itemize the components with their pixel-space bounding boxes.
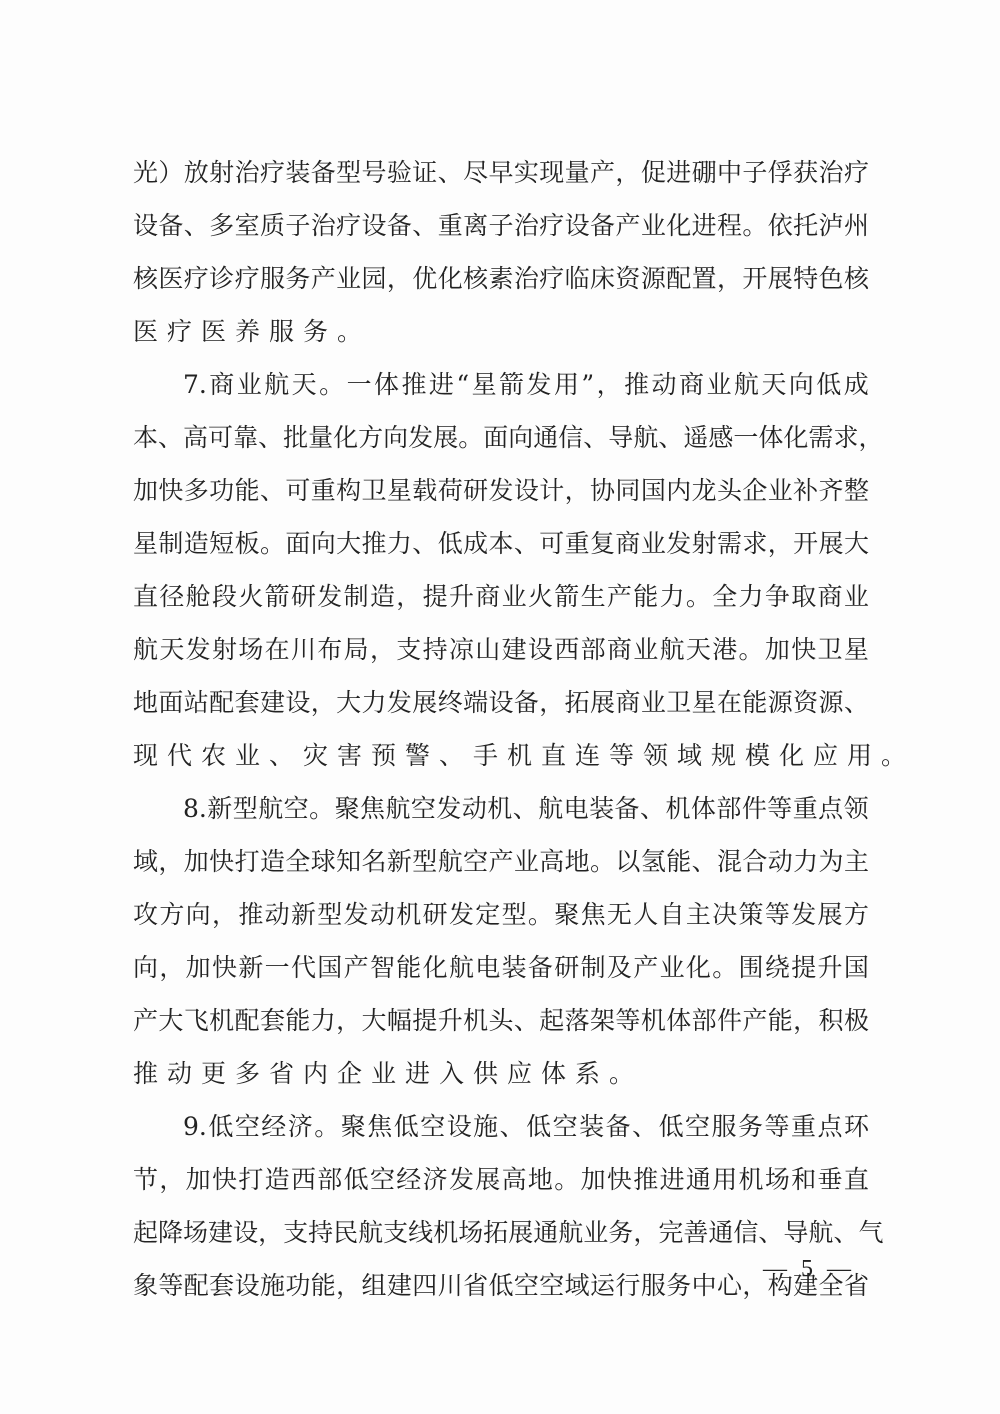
text-line: 地面站配套建设，大力发展终端设备，拓展商业卫星在能源资源、 (133, 676, 869, 729)
text-line: 直径舱段火箭研发制造，提升商业火箭生产能力。全力争取商业 (133, 570, 869, 623)
text-line: 设备、多室质子治疗设备、重离子治疗设备产业化进程。依托泸州 (133, 199, 869, 252)
text-line: 域，加快打造全球知名新型航空产业高地。以氢能、混合动力为主 (133, 835, 869, 888)
text-line: 推动更多省内企业进入供应体系。 (133, 1047, 869, 1100)
text-line: 核医疗诊疗服务产业园，优化核素治疗临床资源配置，开展特色核 (133, 252, 869, 305)
text-line: 星制造短板。面向大推力、低成本、可重复商业发射需求，开展大 (133, 517, 869, 570)
body-text: 光）放射治疗装备型号验证、尽早实现量产，促进硼中子俘获治疗设备、多室质子治疗设备… (133, 146, 869, 1312)
text-line: 本、高可靠、批量化方向发展。面向通信、导航、遥感一体化需求， (133, 411, 869, 464)
text-line: 攻方向，推动新型发动机研发定型。聚焦无人自主决策等发展方 (133, 888, 869, 941)
text-line: 向，加快新一代国产智能化航电装备研制及产业化。围绕提升国 (133, 941, 869, 994)
paragraph-first-line: 8.新型航空。聚焦航空发动机、航电装备、机体部件等重点领 (133, 782, 869, 835)
paragraph-first-line: 9.低空经济。聚焦低空设施、低空装备、低空服务等重点环 (133, 1100, 869, 1153)
text-line: 产大飞机配套能力，大幅提升机头、起落架等机体部件产能，积极 (133, 994, 869, 1047)
page-number: — 5 — (763, 1256, 855, 1283)
text-line: 医疗医养服务。 (133, 305, 869, 358)
document-page: 光）放射治疗装备型号验证、尽早实现量产，促进硼中子俘获治疗设备、多室质子治疗设备… (0, 0, 1000, 1414)
text-line: 光）放射治疗装备型号验证、尽早实现量产，促进硼中子俘获治疗 (133, 146, 869, 199)
text-line: 起降场建设，支持民航支线机场拓展通航业务，完善通信、导航、气 (133, 1206, 869, 1259)
text-line: 象等配套设施功能，组建四川省低空空域运行服务中心，构建全省 (133, 1259, 869, 1312)
text-line: 加快多功能、可重构卫星载荷研发设计，协同国内龙头企业补齐整 (133, 464, 869, 517)
text-line: 航天发射场在川布局，支持凉山建设西部商业航天港。加快卫星 (133, 623, 869, 676)
text-line: 节，加快打造西部低空经济发展高地。加快推进通用机场和垂直 (133, 1153, 869, 1206)
text-line: 现代农业、灾害预警、手机直连等领域规模化应用。 (133, 729, 869, 782)
paragraph-first-line: 7.商业航天。一体推进“星箭发用”，推动商业航天向低成 (133, 358, 869, 411)
